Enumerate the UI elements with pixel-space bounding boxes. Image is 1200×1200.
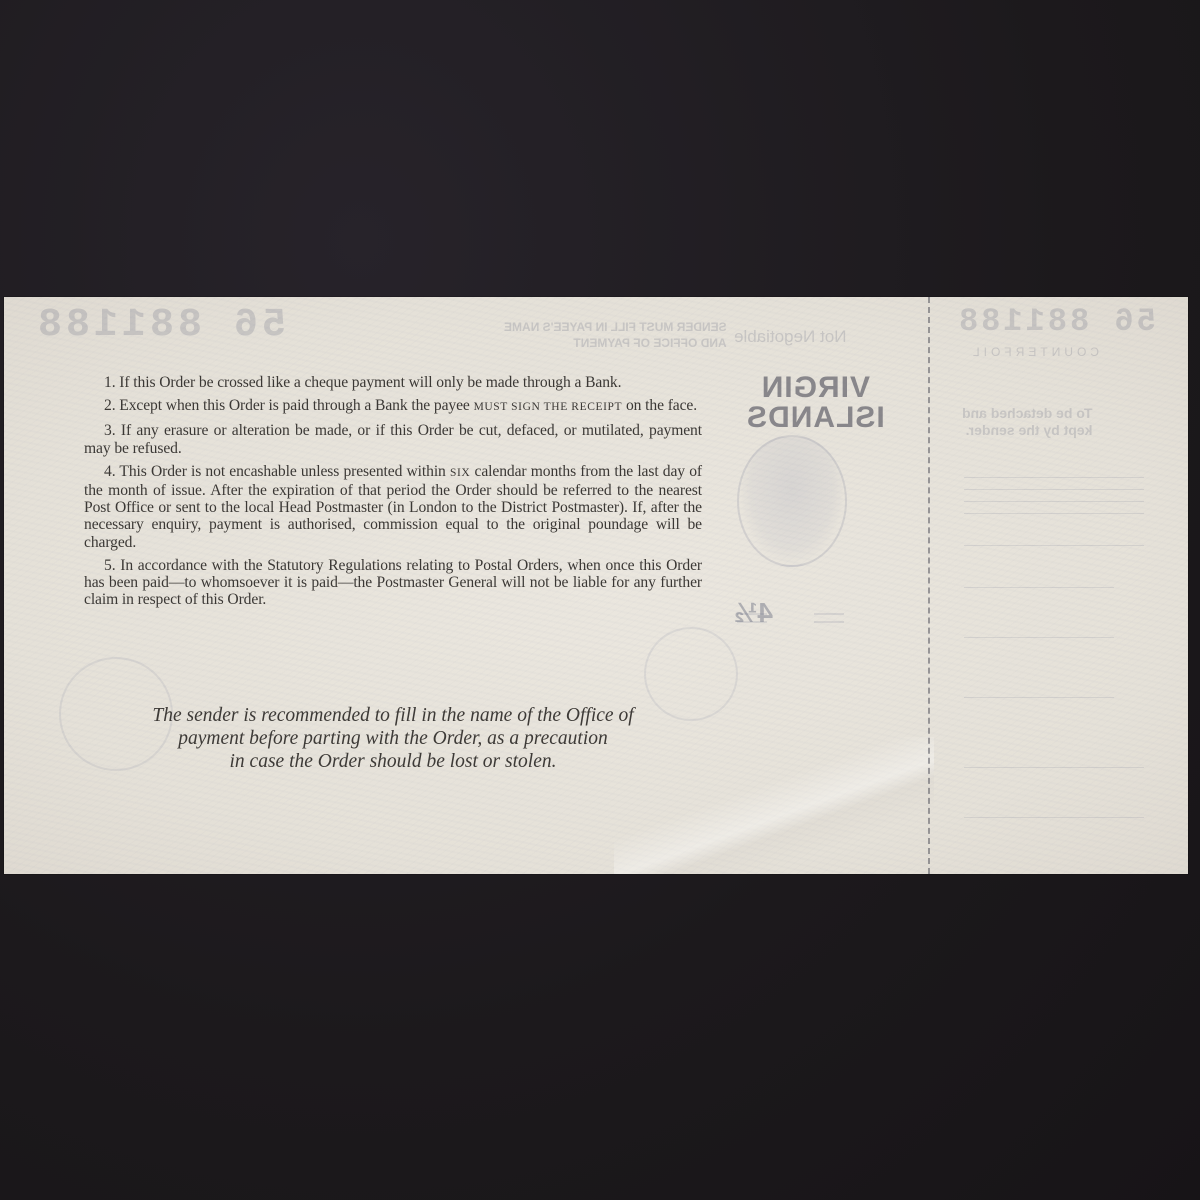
postal-order-reverse: 56 881188 SENDER MUST FILL IN PAYEE'S NA… bbox=[4, 297, 1188, 874]
sender-recommendation: The sender is recommended to fill in the… bbox=[84, 704, 702, 773]
condition-text: on the face. bbox=[622, 397, 697, 414]
show-through-stub-serial: 56 881188 bbox=[956, 303, 1156, 340]
show-through-not-negotiable: Not Negotiable bbox=[734, 327, 846, 347]
show-through-country-line: ISLANDS bbox=[746, 403, 885, 433]
show-through-portrait-medallion bbox=[737, 435, 847, 567]
condition-item: 3. If any erasure or alteration be made,… bbox=[84, 422, 702, 456]
condition-text: If this Order be crossed like a cheque p… bbox=[119, 374, 621, 391]
recommendation-line: The sender is recommended to fill in the… bbox=[84, 704, 702, 727]
condition-number: 5. bbox=[104, 557, 120, 574]
show-through-stub-rule bbox=[964, 513, 1144, 514]
recommendation-line: in case the Order should be lost or stol… bbox=[84, 750, 702, 773]
condition-text: This Order is not encashable unless pres… bbox=[119, 463, 450, 480]
condition-emphasis: must sign the receipt bbox=[474, 401, 623, 413]
show-through-stub-note: To be detached and kept by the sender. bbox=[962, 405, 1092, 439]
condition-item: 1. If this Order be crossed like a chequ… bbox=[84, 374, 702, 391]
condition-text: In accordance with the Statutory Regulat… bbox=[84, 557, 702, 608]
show-through-serial-number: 56 881188 bbox=[34, 303, 286, 348]
show-through-sender-note-line: SENDER MUST FILL IN PAYEE'S NAME bbox=[504, 319, 727, 335]
show-through-stub-counterfoil: COUNTERFOIL bbox=[969, 345, 1099, 359]
show-through-stub-rule bbox=[964, 817, 1144, 818]
condition-emphasis: six bbox=[450, 467, 470, 479]
condition-number: 1. bbox=[104, 374, 119, 391]
condition-item: 5. In accordance with the Statutory Regu… bbox=[84, 557, 702, 609]
show-through-sender-note-line: AND OFFICE OF PAYMENT bbox=[504, 335, 727, 351]
show-through-stub-rule bbox=[964, 697, 1114, 698]
show-through-stub-note-line: kept by the sender. bbox=[962, 422, 1092, 439]
show-through-stub-rule bbox=[964, 489, 1144, 490]
show-through-stub-note-line: To be detached and bbox=[962, 405, 1092, 422]
counterfoil-perforation bbox=[928, 297, 930, 874]
show-through-stub-rule bbox=[964, 637, 1114, 638]
condition-item: 4. This Order is not encashable unless p… bbox=[84, 463, 702, 551]
condition-text: If any erasure or alteration be made, or… bbox=[84, 422, 702, 456]
show-through-value-rule bbox=[814, 621, 844, 623]
show-through-value-rule bbox=[737, 621, 767, 623]
show-through-stub-rule bbox=[964, 501, 1144, 502]
show-through-country-name: VIRGIN ISLANDS bbox=[746, 373, 885, 433]
show-through-country-line: VIRGIN bbox=[746, 373, 885, 403]
show-through-sender-note: SENDER MUST FILL IN PAYEE'S NAME AND OFF… bbox=[504, 319, 727, 351]
condition-number: 3. bbox=[104, 422, 121, 439]
condition-item: 2. Except when this Order is paid throug… bbox=[84, 397, 702, 416]
conditions-list: 1. If this Order be crossed like a chequ… bbox=[84, 374, 702, 614]
show-through-stub-rule bbox=[964, 767, 1144, 768]
condition-number: 4. bbox=[104, 463, 119, 480]
show-through-value-rule bbox=[737, 613, 767, 615]
show-through-value-rule bbox=[814, 613, 844, 615]
show-through-stub-rule bbox=[964, 477, 1144, 478]
condition-number: 2. bbox=[104, 397, 119, 414]
condition-text: Except when this Order is paid through a… bbox=[119, 397, 473, 414]
show-through-stub-rule bbox=[964, 587, 1114, 588]
show-through-stub-rule bbox=[964, 545, 1144, 546]
recommendation-line: payment before parting with the Order, a… bbox=[84, 727, 702, 750]
